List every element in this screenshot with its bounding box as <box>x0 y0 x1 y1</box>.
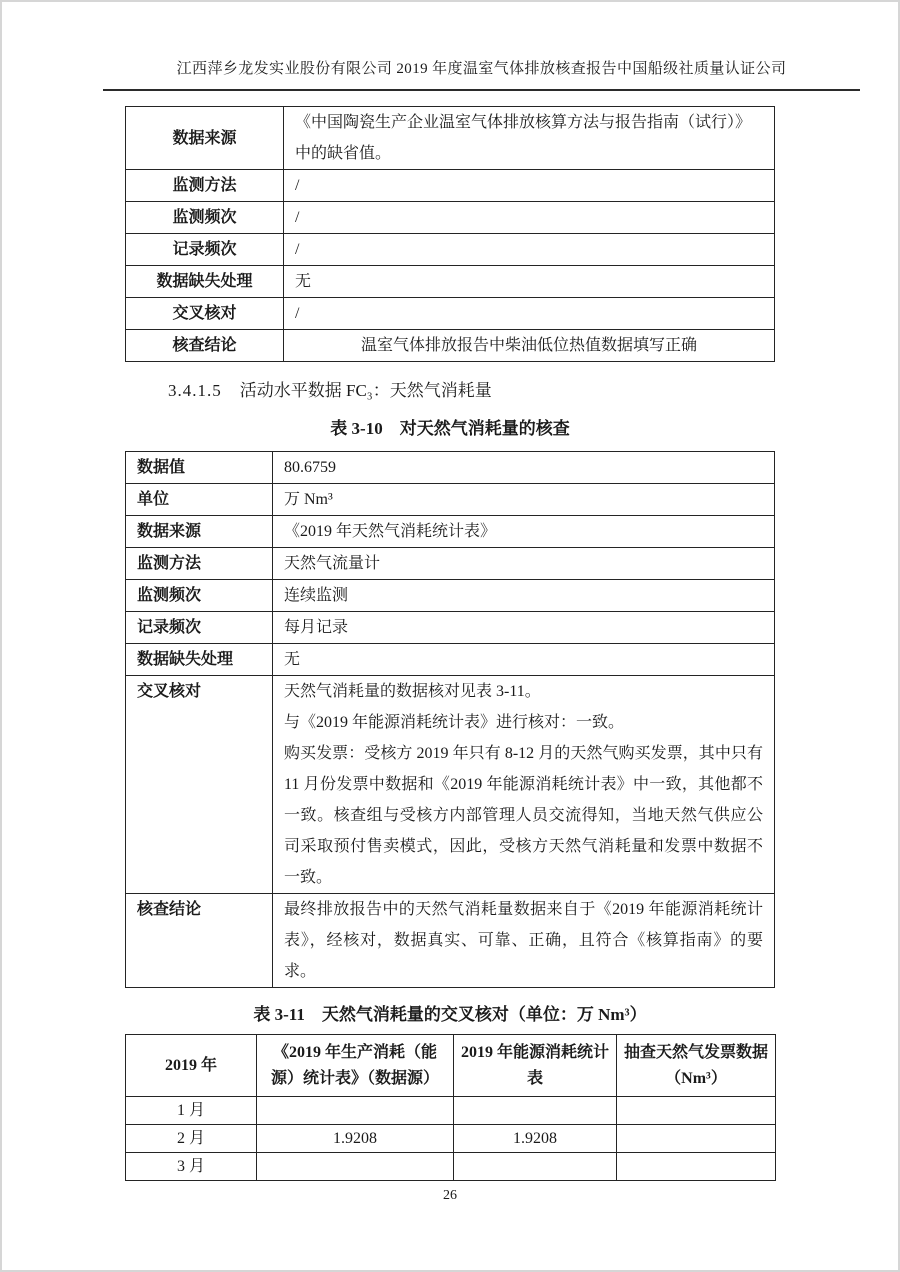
table-row-cross-check: 交叉核对 天然气消耗量的数据核对见表 3-11。 与《2019 年能源消耗统计表… <box>126 676 775 894</box>
row-label: 监测方法 <box>126 548 273 580</box>
cross-check-line-2: 与《2019 年能源消耗统计表》进行核对：一致。 <box>284 707 763 738</box>
cell-invoice <box>617 1097 776 1125</box>
cell-invoice <box>617 1153 776 1181</box>
table-row: 2 月 1.9208 1.9208 <box>126 1125 776 1153</box>
section-number: 3.4.1.5 <box>168 381 222 400</box>
row-value: 《2019 年天然气消耗统计表》 <box>273 516 775 548</box>
verification-table-diesel: 数据来源 《中国陶瓷生产企业温室气体排放核算方法与报告指南（试行）》中的缺省值。… <box>125 106 775 362</box>
table-row: 监测方法 天然气流量计 <box>126 548 775 580</box>
table-row: 核查结论 温室气体排放报告中柴油低位热值数据填写正确 <box>126 330 775 362</box>
row-value: 温室气体排放报告中柴油低位热值数据填写正确 <box>284 330 775 362</box>
column-header-energy-stats: 2019 年能源消耗统计表 <box>454 1035 617 1097</box>
table-3-11: 2019 年 《2019 年生产消耗（能源）统计表》（数据源） 2019 年能源… <box>125 1034 776 1181</box>
table-row: 单位 万 Nm³ <box>126 484 775 516</box>
cell-month: 2 月 <box>126 1125 257 1153</box>
row-value: 无 <box>284 266 775 298</box>
column-header-invoice-data: 抽查天然气发票数据（Nm³） <box>617 1035 776 1097</box>
row-label: 核查结论 <box>126 330 284 362</box>
cell-month: 3 月 <box>126 1153 257 1181</box>
row-value: 万 Nm³ <box>273 484 775 516</box>
table-row: 监测方法 / <box>126 170 775 202</box>
table-row: 记录频次 每月记录 <box>126 612 775 644</box>
row-value: / <box>284 298 775 330</box>
row-label: 数据缺失处理 <box>126 266 284 298</box>
table-row: 数据来源 《中国陶瓷生产企业温室气体排放核算方法与报告指南（试行）》中的缺省值。 <box>126 107 775 170</box>
row-value: 每月记录 <box>273 612 775 644</box>
document-page: 江西萍乡龙发实业股份有限公司 2019 年度温室气体排放核查报告中国船级社质量认… <box>0 0 900 1272</box>
table-3-11-title: 表 3-11 天然气消耗量的交叉核对（单位：万 Nm³） <box>125 1001 775 1028</box>
row-label: 交叉核对 <box>126 298 284 330</box>
column-header-month: 2019 年 <box>126 1035 257 1097</box>
running-header: 江西萍乡龙发实业股份有限公司 2019 年度温室气体排放核查报告中国船级社质量认… <box>103 58 860 91</box>
cell-energy <box>454 1153 617 1181</box>
table-header-row: 2019 年 《2019 年生产消耗（能源）统计表》（数据源） 2019 年能源… <box>126 1035 776 1097</box>
cross-check-line-1: 天然气消耗量的数据核对见表 3-11。 <box>284 676 763 707</box>
row-value: / <box>284 170 775 202</box>
row-value: 80.6759 <box>273 452 775 484</box>
table-row: 监测频次 连续监测 <box>126 580 775 612</box>
table-row: 数据来源 《2019 年天然气消耗统计表》 <box>126 516 775 548</box>
column-header-production-stats: 《2019 年生产消耗（能源）统计表》（数据源） <box>257 1035 454 1097</box>
page-number: 26 <box>125 1188 775 1204</box>
cell-invoice <box>617 1125 776 1153</box>
row-value: 天然气流量计 <box>273 548 775 580</box>
row-value: 《中国陶瓷生产企业温室气体排放核算方法与报告指南（试行）》中的缺省值。 <box>284 107 775 170</box>
cell-production <box>257 1153 454 1181</box>
row-label: 监测频次 <box>126 202 284 234</box>
row-value: 天然气消耗量的数据核对见表 3-11。 与《2019 年能源消耗统计表》进行核对… <box>273 676 775 894</box>
row-value: / <box>284 202 775 234</box>
row-label: 核查结论 <box>126 894 273 988</box>
table-row: 监测频次 / <box>126 202 775 234</box>
table-row: 数据值 80.6759 <box>126 452 775 484</box>
table-row: 数据缺失处理 无 <box>126 644 775 676</box>
table-row: 数据缺失处理 无 <box>126 266 775 298</box>
row-label: 数据来源 <box>126 107 284 170</box>
cell-month: 1 月 <box>126 1097 257 1125</box>
row-label: 数据值 <box>126 452 273 484</box>
table-3-10-title: 表 3-10 对天然气消耗量的核查 <box>125 415 775 442</box>
page-content: 数据来源 《中国陶瓷生产企业温室气体排放核算方法与报告指南（试行）》中的缺省值。… <box>125 106 775 1181</box>
table-row: 记录频次 / <box>126 234 775 266</box>
section-title: 活动水平数据 FC₃：天然气消耗量 <box>240 381 492 400</box>
cell-production <box>257 1097 454 1125</box>
row-label: 数据来源 <box>126 516 273 548</box>
cell-production: 1.9208 <box>257 1125 454 1153</box>
cell-energy: 1.9208 <box>454 1125 617 1153</box>
row-label: 监测方法 <box>126 170 284 202</box>
row-label: 监测频次 <box>126 580 273 612</box>
row-label: 记录频次 <box>126 612 273 644</box>
row-label: 单位 <box>126 484 273 516</box>
table-row: 交叉核对 / <box>126 298 775 330</box>
report-title: 江西萍乡龙发实业股份有限公司 2019 年度温室气体排放核查报告中国船级社质量认… <box>177 61 787 77</box>
row-value: / <box>284 234 775 266</box>
section-heading: 3.4.1.5活动水平数据 FC₃：天然气消耗量 <box>168 378 775 404</box>
cross-check-line-3: 购买发票：受核方 2019 年只有 8-12 月的天然气购买发票，其中只有 11… <box>284 738 763 893</box>
cell-energy <box>454 1097 617 1125</box>
row-label: 交叉核对 <box>126 676 273 894</box>
table-3-10: 数据值 80.6759 单位 万 Nm³ 数据来源 《2019 年天然气消耗统计… <box>125 451 775 988</box>
row-value: 最终排放报告中的天然气消耗量数据来自于《2019 年能源消耗统计表》，经核对，数… <box>273 894 775 988</box>
table-row: 1 月 <box>126 1097 776 1125</box>
table-row-conclusion: 核查结论 最终排放报告中的天然气消耗量数据来自于《2019 年能源消耗统计表》，… <box>126 894 775 988</box>
row-label: 数据缺失处理 <box>126 644 273 676</box>
conclusion-text: 最终排放报告中的天然气消耗量数据来自于《2019 年能源消耗统计表》，经核对，数… <box>284 894 763 987</box>
row-label: 记录频次 <box>126 234 284 266</box>
row-value: 连续监测 <box>273 580 775 612</box>
row-value: 无 <box>273 644 775 676</box>
table-row: 3 月 <box>126 1153 776 1181</box>
